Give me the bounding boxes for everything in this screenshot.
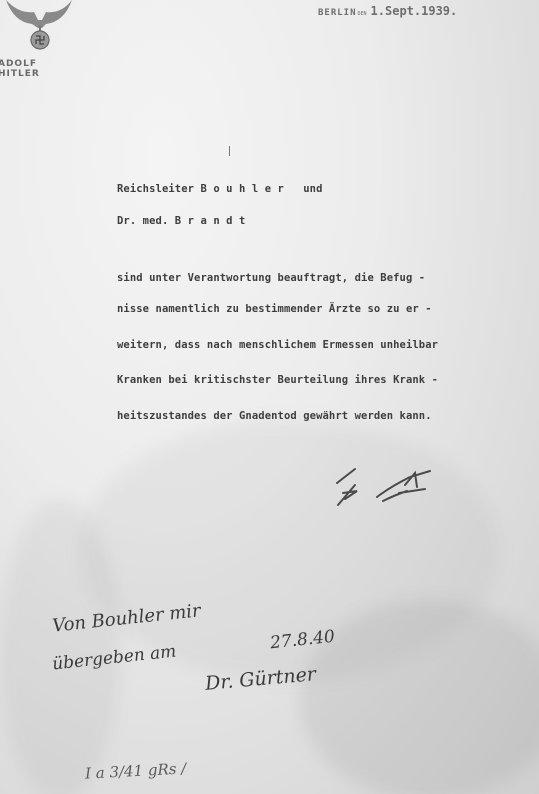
letterhead-name: ADOLF HITLER bbox=[0, 59, 80, 79]
body-line: Kranken bei kritischster Beurteilung ihr… bbox=[117, 374, 438, 386]
dateline-place: BERLIN bbox=[318, 8, 357, 18]
body-line: weitern, dass nach menschlichem Ermessen… bbox=[117, 339, 438, 351]
reference-mark: I a 3/41 gRs / bbox=[85, 759, 187, 782]
letterhead: ADOLF HITLER bbox=[0, 0, 80, 75]
document-page: ADOLF HITLER BERLINDEN1.Sept.1939. Reich… bbox=[0, 0, 539, 794]
body-line: nisse namentlich zu bestimmender Ärzte s… bbox=[117, 303, 432, 315]
addressee-line: Dr. med. B r a n d t bbox=[117, 215, 245, 227]
dateline: BERLINDEN1.Sept.1939. bbox=[318, 0, 457, 19]
signature-icon bbox=[335, 465, 465, 515]
dateline-date: 1.Sept.1939. bbox=[371, 4, 458, 18]
pencil-mark bbox=[229, 146, 230, 156]
body-line: heitszustandes der Gnadentod gewährt wer… bbox=[117, 410, 432, 422]
addressee-line: Reichsleiter B o u h l e r und bbox=[117, 183, 323, 195]
dateline-den: DEN bbox=[358, 11, 367, 17]
body-line: sind unter Verantwortung beauftragt, die… bbox=[117, 272, 425, 284]
eagle-emblem-icon bbox=[4, 0, 74, 50]
paper-stain bbox=[0, 500, 120, 794]
